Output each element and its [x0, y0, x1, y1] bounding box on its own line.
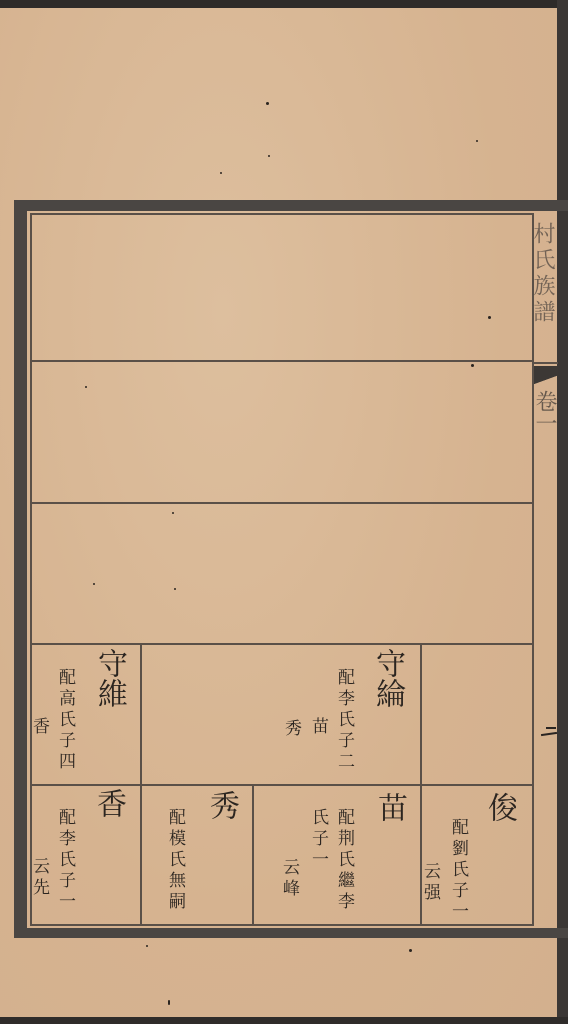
dust-speck: [488, 316, 491, 319]
entry-spouse: 配高氏子四: [56, 668, 73, 773]
dust-speck: [174, 588, 176, 590]
inner-frame-bottom: [30, 924, 534, 926]
entry-children: 香: [30, 717, 47, 738]
entry-name: 苗: [374, 792, 404, 822]
dust-speck: [172, 512, 174, 514]
margin-title: 村氏族譜: [536, 222, 558, 326]
dust-speck: [471, 364, 474, 367]
dust-speck: [85, 386, 87, 388]
margin-divider: [534, 362, 558, 364]
entry-child: 苗: [309, 717, 326, 738]
entry-spouse: 配荆氏繼李: [335, 808, 352, 913]
entry-spouse: 配模氏無嗣: [166, 808, 183, 913]
entry-children: 云先: [30, 857, 47, 899]
entry-name: 香: [93, 788, 123, 818]
scan-bottom-edge: [0, 1017, 568, 1024]
inner-frame-left: [30, 213, 32, 925]
entry-spouse: 配李氏子二: [335, 668, 352, 773]
row-divider-3: [30, 643, 533, 645]
entry-name: 俊: [484, 792, 514, 822]
entry-spouse-continued: 氏子一: [309, 808, 326, 871]
page-frame: [14, 200, 568, 938]
dust-speck: [146, 945, 148, 947]
entry-child: 秀: [282, 719, 299, 740]
entry-spouse: 配劉氏子一: [449, 818, 466, 923]
entry-children: 云强: [421, 862, 438, 904]
entry-name: 守維: [94, 648, 124, 708]
margin-page-mark-2: [546, 727, 556, 729]
entry-children: 云峰: [280, 858, 297, 900]
fishtail-mark: [534, 366, 558, 390]
margin-volume: 卷一: [538, 390, 560, 434]
row-divider-1: [30, 360, 533, 362]
entry-spouse: 配李氏子一: [56, 808, 73, 913]
row-divider-4: [30, 784, 533, 786]
col-divider-1: [140, 643, 142, 925]
dust-speck: [168, 1000, 170, 1005]
dust-speck: [476, 140, 478, 142]
entry-name: 秀: [206, 790, 236, 820]
col-divider-2: [252, 784, 254, 925]
dust-speck: [93, 583, 95, 585]
dust-speck: [220, 172, 222, 174]
inner-frame-top: [30, 213, 534, 215]
row-divider-2: [30, 502, 533, 504]
dust-speck: [409, 949, 412, 952]
dust-speck: [266, 102, 269, 105]
entry-name: 守綸: [372, 648, 402, 708]
dust-speck: [268, 155, 270, 157]
